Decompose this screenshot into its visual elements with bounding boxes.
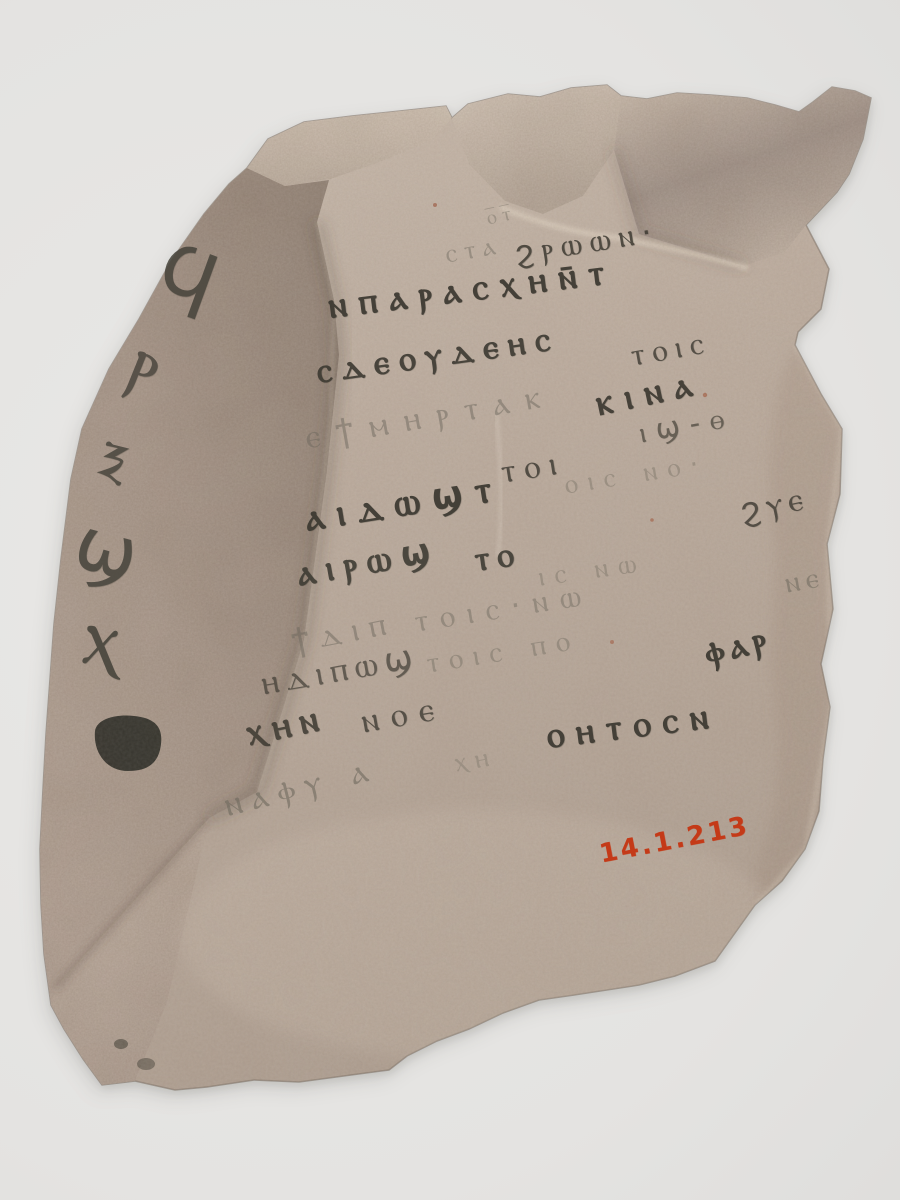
ostracon-photo: ⲟ̅ⲧ̅ ⲥⲧⲁ ϩⲣⲱⲱⲛ· ⲛⲡⲁⲣⲁⲥⲭⲏⲛ̄ⲧ ⲥⲇⲉⲟⲩⲇⲉⲏⲥ ⲧⲟ… <box>0 0 900 1200</box>
inscription-fragment: ⲧⲟ <box>472 533 524 579</box>
inscription-fragment: ⲛⲉ <box>782 559 827 600</box>
